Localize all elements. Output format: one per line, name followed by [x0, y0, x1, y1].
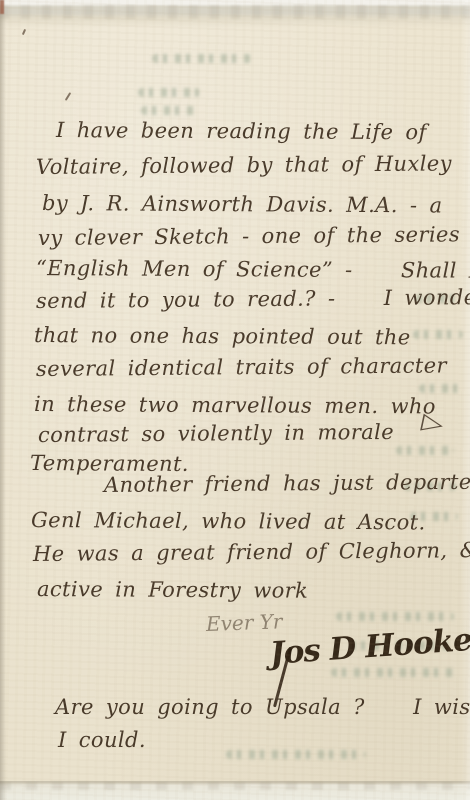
letter-page: I have been reading the Life of Voltaire…: [0, 0, 470, 800]
page-right-edge: [461, 0, 470, 800]
ink-bleed-mark: [226, 750, 366, 759]
ink-bleed-mark: [396, 446, 454, 455]
ink-bleed-mark: [138, 88, 200, 97]
ink-bleed-mark: [152, 54, 252, 63]
ink-fleck: [22, 29, 26, 35]
postscript-line: I could.: [58, 728, 146, 752]
letter-line: contrast so violently in morale: [38, 420, 394, 447]
letter-line: vy clever Sketch - one of the series of: [38, 222, 470, 250]
letter-line: send it to you to read.? - I wonder: [36, 285, 470, 313]
letter-line: Genl Michael, who lived at Ascot.: [31, 508, 426, 534]
postscript-line: Are you going to Upsala ? I wish that: [55, 695, 470, 719]
letter-line: Another friend has just departed: [104, 470, 470, 497]
red-edge-tick: [0, 0, 4, 14]
letter-line: He was a great friend of Cleghorn, &: [33, 538, 470, 566]
mount-edge-top: [0, 0, 470, 28]
letter-line: Voltaire, followed by that of Huxley: [36, 151, 452, 179]
page-left-edge: [0, 0, 6, 800]
letter-line: “English Men of Science” - Shall I: [36, 256, 470, 283]
ink-bleed-mark: [331, 668, 455, 677]
letter-line: in these two marvellous men. who: [34, 392, 436, 418]
ink-bleed-mark: [419, 384, 463, 393]
letter-line: active in Forestry work: [37, 577, 308, 603]
ampersand-flourish-icon: ▷: [419, 407, 446, 437]
ink-bleed-mark: [336, 612, 454, 621]
mount-edge-bottom: [0, 781, 470, 800]
letter-line: that no one has pointed out the: [34, 323, 411, 349]
letter-line: I have been reading the Life of: [56, 118, 427, 144]
closing-valediction: Ever Yr: [206, 609, 283, 636]
ink-bleed-mark: [413, 330, 463, 339]
signature: Jos D Hooker.: [269, 620, 470, 672]
ink-bleed-mark: [141, 106, 196, 115]
letter-line: several identical traits of character: [36, 353, 447, 381]
ink-fleck: [65, 92, 71, 101]
letter-line: by J. R. Ainsworth Davis. M.A. - a: [42, 191, 443, 217]
